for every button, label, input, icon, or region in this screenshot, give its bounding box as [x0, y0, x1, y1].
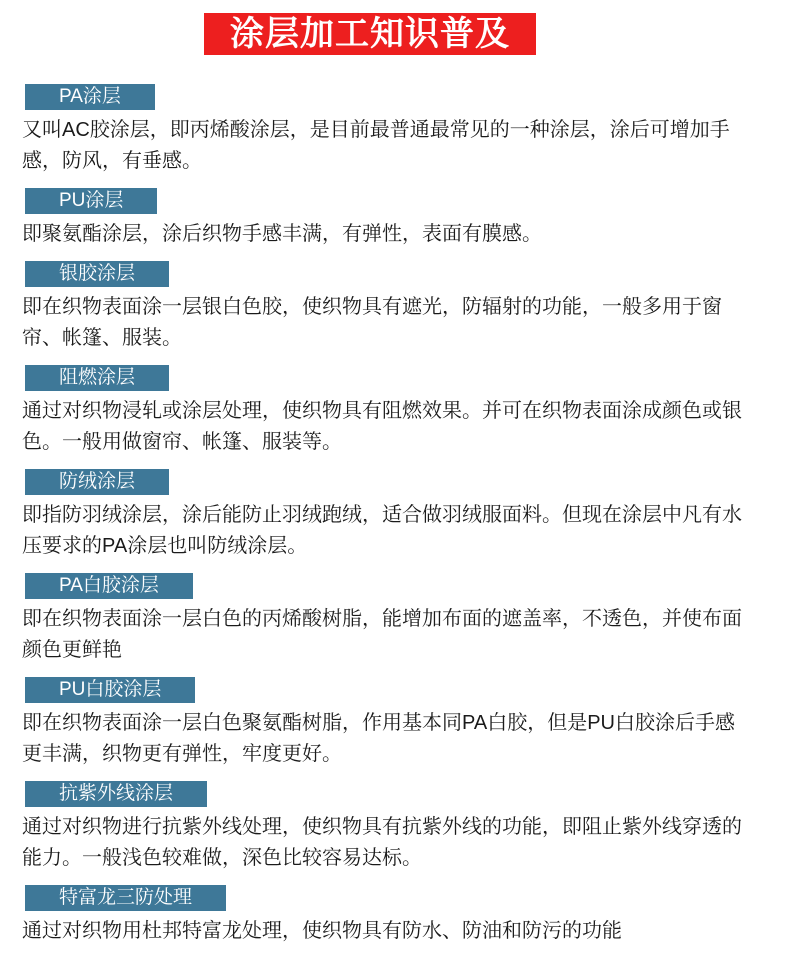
section-body: 即在织物表面涂一层白色聚氨酯树脂，作用基本同PA白胶，但是PU白胶涂后手感更丰满…	[22, 708, 742, 770]
coating-knowledge-infographic: 涂层加工知识普及 PA涂层 又叫AC胶涂层，即丙烯酸涂层，是目前最普通最常见的一…	[0, 0, 790, 972]
section-body: 即在织物表面涂一层白色的丙烯酸树脂，能增加布面的遮盖率，不透色，并使布面颜色更鲜…	[22, 604, 742, 666]
section-badge: PA涂层	[25, 84, 155, 110]
section-body: 通过对织物进行抗紫外线处理，使织物具有抗紫外线的功能，即阻止紫外线穿透的能力。一…	[22, 812, 742, 874]
section-body: 即在织物表面涂一层银白色胶，使织物具有遮光，防辐射的功能，一般多用于窗帘、帐篷、…	[22, 292, 742, 354]
section-flame-retardant-coating: 阻燃涂层 通过对织物浸轧或涂层处理，使织物具有阻燃效果。并可在织物表面涂成颜色或…	[22, 365, 742, 458]
section-badge: PU白胶涂层	[25, 677, 195, 703]
section-pu-coating: PU涂层 即聚氨酯涂层，涂后织物手感丰满，有弹性，表面有膜感。	[22, 188, 742, 250]
section-badge: 特富龙三防处理	[25, 885, 226, 911]
section-pu-white-glue-coating: PU白胶涂层 即在织物表面涂一层白色聚氨酯树脂，作用基本同PA白胶，但是PU白胶…	[22, 677, 742, 770]
section-pa-white-glue-coating: PA白胶涂层 即在织物表面涂一层白色的丙烯酸树脂，能增加布面的遮盖率，不透色，并…	[22, 573, 742, 666]
section-body: 通过对织物浸轧或涂层处理，使织物具有阻燃效果。并可在织物表面涂成颜色或银色。一般…	[22, 396, 742, 458]
section-badge: 防绒涂层	[25, 469, 169, 495]
section-teflon-treatment: 特富龙三防处理 通过对织物用杜邦特富龙处理，使织物具有防水、防油和防污的功能	[22, 885, 742, 947]
section-badge: 抗紫外线涂层	[25, 781, 207, 807]
section-badge: PA白胶涂层	[25, 573, 193, 599]
section-badge: 阻燃涂层	[25, 365, 169, 391]
section-pa-coating: PA涂层 又叫AC胶涂层，即丙烯酸涂层，是目前最普通最常见的一种涂层，涂后可增加…	[22, 84, 742, 177]
section-body: 又叫AC胶涂层，即丙烯酸涂层，是目前最普通最常见的一种涂层，涂后可增加手感，防风…	[22, 115, 742, 177]
section-silver-glue-coating: 银胶涂层 即在织物表面涂一层银白色胶，使织物具有遮光，防辐射的功能，一般多用于窗…	[22, 261, 742, 354]
section-anti-uv-coating: 抗紫外线涂层 通过对织物进行抗紫外线处理，使织物具有抗紫外线的功能，即阻止紫外线…	[22, 781, 742, 874]
section-down-proof-coating: 防绒涂层 即指防羽绒涂层，涂后能防止羽绒跑绒，适合做羽绒服面料。但现在涂层中凡有…	[22, 469, 742, 562]
section-body: 通过对织物用杜邦特富龙处理，使织物具有防水、防油和防污的功能	[22, 916, 742, 947]
section-body: 即指防羽绒涂层，涂后能防止羽绒跑绒，适合做羽绒服面料。但现在涂层中凡有水压要求的…	[22, 500, 742, 562]
content-area: PA涂层 又叫AC胶涂层，即丙烯酸涂层，是目前最普通最常见的一种涂层，涂后可增加…	[0, 84, 790, 947]
page-title: 涂层加工知识普及	[204, 13, 536, 55]
section-badge: PU涂层	[25, 188, 157, 214]
section-body: 即聚氨酯涂层，涂后织物手感丰满，有弹性，表面有膜感。	[22, 219, 742, 250]
header-banner: 涂层加工知识普及	[0, 0, 790, 55]
section-badge: 银胶涂层	[25, 261, 169, 287]
